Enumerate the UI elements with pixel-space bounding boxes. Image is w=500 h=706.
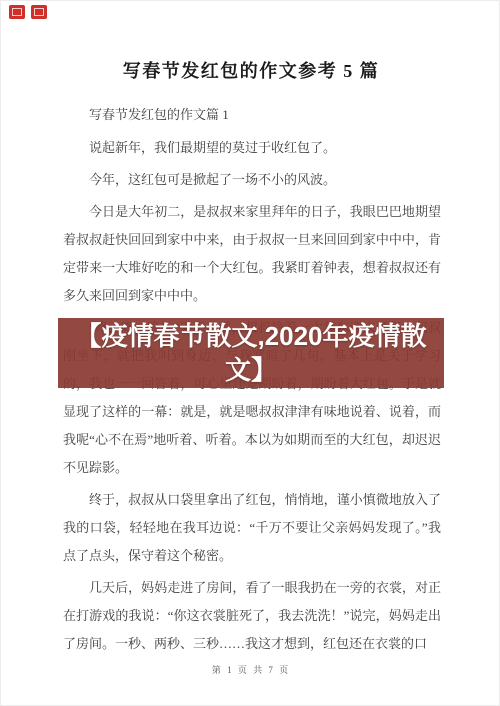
page-title: 写春节发红包的作文参考 5 篇	[1, 57, 500, 83]
essay-subtitle: 写春节发红包的作文篇 1	[63, 101, 441, 129]
footer-page-number: 第 1 页 共 7 页	[1, 663, 500, 676]
paragraph: 说起新年，我们最期望的莫过于收红包了。	[63, 134, 441, 162]
paragraph: 今年，这红包可是掀起了一场不小的风波。	[63, 166, 441, 194]
seal-row	[9, 5, 47, 19]
paragraph: 终于，叔叔从口袋里拿出了红包，悄悄地，谨小慎微地放入了我的口袋，轻轻地在我耳边说…	[63, 486, 441, 570]
paragraph: 几天后，妈妈走进了房间，看了一眼我扔在一旁的衣裳，对正在打游戏的我说：“你这衣裳…	[63, 574, 441, 658]
document-page: 写春节发红包的作文参考 5 篇 写春节发红包的作文篇 1 说起新年，我们最期望的…	[0, 0, 500, 706]
paragraph-list: 说起新年，我们最期望的莫过于收红包了。今年，这红包可是掀起了一场不小的风波。今日…	[63, 134, 441, 658]
paragraph: 今日是大年初二，是叔叔来家里拜年的日子，我眼巴巴地期望着叔叔赶快回回到家中中来，…	[63, 198, 441, 310]
watermark-text: 【疫情春节散文,2020年疫情散文】	[58, 319, 444, 387]
watermark-banner[interactable]: 【疫情春节散文,2020年疫情散文】	[58, 318, 444, 388]
red-seal-icon	[31, 5, 47, 19]
red-seal-icon	[9, 5, 25, 19]
